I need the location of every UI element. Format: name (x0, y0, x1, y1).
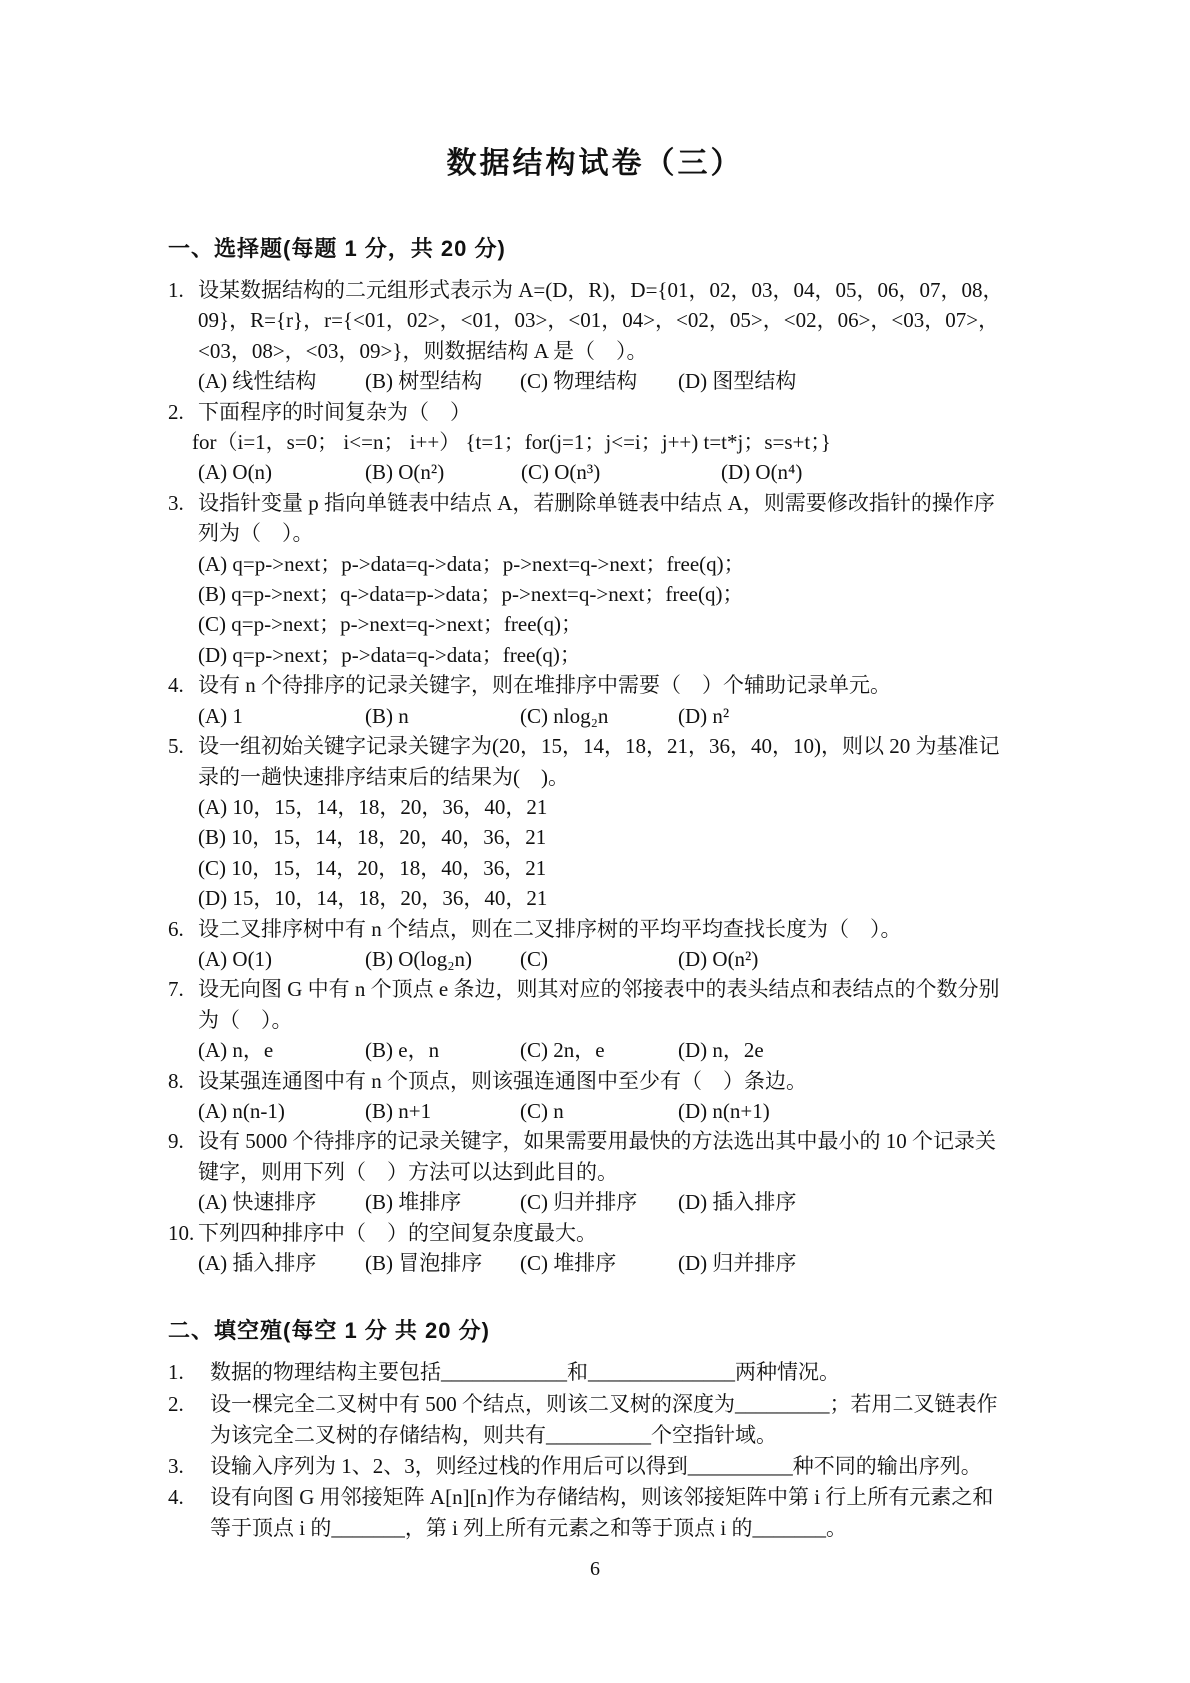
question-5-text: 设一组初始关键字记录关键字为(20，15，14，18，21，36，40，10)，… (198, 734, 999, 758)
question-2-code: for（i=1，s=0； i<=n； i++） {t=1；for(j=1；j<=… (192, 427, 1048, 457)
option-c: (C) (520, 944, 678, 974)
option-d: (D) 归并排序 (678, 1248, 796, 1278)
question-4-options: (A) 1 (B) n (C) nlog₂n (D) n² (198, 701, 1048, 731)
question-4-line-1: 4.设有 n 个待排序的记录关键字，则在堆排序中需要（ ）个辅助记录单元。 (168, 670, 1048, 700)
option-c: (C) O(n³) (521, 457, 721, 487)
option-a: (A) n，e (198, 1035, 365, 1065)
fill-item-4: 4.设有向图 G 用邻接矩阵 A[n][n]作为存储结构，则该邻接矩阵中第 i … (168, 1482, 1048, 1544)
fill-item-4-line-1: 4.设有向图 G 用邻接矩阵 A[n][n]作为存储结构，则该邻接矩阵中第 i … (168, 1482, 1048, 1513)
fill-item-2-text: 设一棵完全二叉树中有 500 个结点，则该二叉树的深度为_________；若用… (210, 1392, 998, 1416)
option-b: (B) O(n²) (365, 457, 521, 487)
page-number: 6 (0, 1558, 1190, 1581)
question-6-text: 设二叉排序树中有 n 个结点，则在二叉排序树的平均平均查找长度为（ ）。 (198, 917, 902, 941)
option-d: (D) n² (678, 701, 729, 731)
question-2-text: 下面程序的时间复杂为（ ） (198, 400, 471, 424)
question-2-options: (A) O(n) (B) O(n²) (C) O(n³) (D) O(n⁴) (198, 457, 1048, 487)
option-c: (C) n (520, 1096, 678, 1126)
option-b: (B) e，n (365, 1035, 520, 1065)
question-5-number: 5. (168, 731, 198, 761)
fill-item-1-number: 1. (168, 1357, 210, 1388)
question-4-text: 设有 n 个待排序的记录关键字，则在堆排序中需要（ ）个辅助记录单元。 (198, 673, 891, 697)
question-9-line-2: 键字，则用下列（ ）方法可以达到此目的。 (198, 1157, 1048, 1187)
option-b: (B) n (365, 701, 520, 731)
option-c: (C) 物理结构 (520, 366, 678, 396)
question-3-option-c: (C) q=p->next；p->next=q->next；free(q)； (198, 609, 1048, 639)
fill-item-3-number: 3. (168, 1451, 210, 1482)
fill-item-3-text: 设输入序列为 1、2、3，则经过栈的作用后可以得到__________种不同的输… (210, 1454, 982, 1478)
fill-item-3: 3.设输入序列为 1、2、3，则经过栈的作用后可以得到__________种不同… (168, 1451, 1048, 1482)
fill-item-1-text: 数据的物理结构主要包括____________和______________两种… (210, 1360, 840, 1384)
question-1-number: 1. (168, 275, 198, 305)
fill-item-4-number: 4. (168, 1482, 210, 1513)
fill-item-3-line-1: 3.设输入序列为 1、2、3，则经过栈的作用后可以得到__________种不同… (168, 1451, 1048, 1482)
question-7-line-2: 为（ ）。 (198, 1005, 1048, 1035)
question-10-number: 10. (168, 1218, 198, 1248)
section1-heading: 一、选择题(每题 1 分，共 20 分) (168, 232, 1048, 263)
question-9-line-1: 9.设有 5000 个待排序的记录关键字，如果需要用最快的方法选出其中最小的 1… (168, 1126, 1048, 1156)
question-10-line-1: 10.下列四种排序中（ ）的空间复杂度最大。 (168, 1218, 1048, 1248)
fill-item-2-number: 2. (168, 1389, 210, 1420)
fill-item-1: 1.数据的物理结构主要包括____________和______________… (168, 1357, 1048, 1388)
option-a: (A) 插入排序 (198, 1248, 365, 1278)
question-5-option-d: (D) 15，10，14，18，20，36，40，21 (198, 883, 1048, 913)
question-9: 9.设有 5000 个待排序的记录关键字，如果需要用最快的方法选出其中最小的 1… (168, 1126, 1048, 1217)
question-8-text: 设某强连通图中有 n 个顶点，则该强连通图中至少有（ ）条边。 (198, 1069, 807, 1093)
question-4-number: 4. (168, 670, 198, 700)
question-3-option-b: (B) q=p->next；q->data=p->data；p->next=q-… (198, 579, 1048, 609)
question-6: 6.设二叉排序树中有 n 个结点，则在二叉排序树的平均平均查找长度为（ ）。 (… (168, 914, 1048, 975)
question-2: 2.下面程序的时间复杂为（ ） for（i=1，s=0； i<=n； i++） … (168, 397, 1048, 488)
question-8-options: (A) n(n-1) (B) n+1 (C) n (D) n(n+1) (198, 1096, 1048, 1126)
fill-item-2-line-2: 为该完全二叉树的存储结构，则共有__________个空指针域。 (210, 1420, 1048, 1451)
question-9-text: 设有 5000 个待排序的记录关键字，如果需要用最快的方法选出其中最小的 10 … (198, 1129, 996, 1153)
option-b: (B) 堆排序 (365, 1187, 520, 1217)
question-1-line-3: <03，08>，<03，09>}，则数据结构 A 是（ ）。 (198, 336, 1048, 366)
option-d: (D) n(n+1) (678, 1096, 770, 1126)
question-1-line-2: 09}，R={r}，r={<01，02>，<01，03>，<01，04>，<02… (198, 305, 1048, 335)
question-3-option-a: (A) q=p->next；p->data=q->data；p->next=q-… (198, 549, 1048, 579)
exam-content: 一、选择题(每题 1 分，共 20 分) 1.设某数据结构的二元组形式表示为 A… (168, 232, 1048, 1545)
option-c: (C) 归并排序 (520, 1187, 678, 1217)
question-7: 7.设无向图 G 中有 n 个顶点 e 条边，则其对应的邻接表中的表头结点和表结… (168, 974, 1048, 1065)
question-1-line-1: 1.设某数据结构的二元组形式表示为 A=(D，R)，D={01，02，03，04… (168, 275, 1048, 305)
question-5: 5.设一组初始关键字记录关键字为(20，15，14，18，21，36，40，10… (168, 731, 1048, 913)
question-1: 1.设某数据结构的二元组形式表示为 A=(D，R)，D={01，02，03，04… (168, 275, 1048, 397)
section2-heading: 二、填空殖(每空 1 分 共 20 分) (168, 1314, 1048, 1345)
question-1-text: 设某数据结构的二元组形式表示为 A=(D，R)，D={01，02，03，04，0… (198, 278, 1004, 302)
fill-item-4-text: 设有向图 G 用邻接矩阵 A[n][n]作为存储结构，则该邻接矩阵中第 i 行上… (210, 1485, 993, 1509)
option-c: (C) nlog₂n (520, 701, 678, 731)
option-a: (A) 1 (198, 701, 365, 731)
option-b: (B) n+1 (365, 1096, 520, 1126)
question-10-options: (A) 插入排序 (B) 冒泡排序 (C) 堆排序 (D) 归并排序 (198, 1248, 1048, 1278)
question-7-line-1: 7.设无向图 G 中有 n 个顶点 e 条边，则其对应的邻接表中的表头结点和表结… (168, 974, 1048, 1004)
question-3: 3.设指针变量 p 指向单链表中结点 A，若删除单链表中结点 A，则需要修改指针… (168, 488, 1048, 670)
question-1-options: (A) 线性结构 (B) 树型结构 (C) 物理结构 (D) 图型结构 (198, 366, 1048, 396)
exam-page: 数据结构试卷（三） 一、选择题(每题 1 分，共 20 分) 1.设某数据结构的… (0, 0, 1190, 1683)
question-5-line-1: 5.设一组初始关键字记录关键字为(20，15，14，18，21，36，40，10… (168, 731, 1048, 761)
option-b: (B) O(log₂n) (365, 944, 520, 974)
question-5-line-2: 录的一趟快速排序结束后的结果为( )。 (198, 762, 1048, 792)
fill-item-2-line-1: 2.设一棵完全二叉树中有 500 个结点，则该二叉树的深度为_________；… (168, 1389, 1048, 1420)
option-c: (C) 2n，e (520, 1035, 678, 1065)
question-3-line-1: 3.设指针变量 p 指向单链表中结点 A，若删除单链表中结点 A，则需要修改指针… (168, 488, 1048, 518)
question-10-text: 下列四种排序中（ ）的空间复杂度最大。 (198, 1221, 597, 1245)
question-9-options: (A) 快速排序 (B) 堆排序 (C) 归并排序 (D) 插入排序 (198, 1187, 1048, 1217)
question-5-option-c: (C) 10，15，14，20，18，40，36，21 (198, 853, 1048, 883)
option-a: (A) 线性结构 (198, 366, 365, 396)
question-7-number: 7. (168, 974, 198, 1004)
question-3-option-d: (D) q=p->next；p->data=q->data；free(q)； (198, 640, 1048, 670)
question-3-text: 设指针变量 p 指向单链表中结点 A，若删除单链表中结点 A，则需要修改指针的操… (198, 491, 995, 515)
fill-item-4-line-2: 等于顶点 i 的_______，第 i 列上所有元素之和等于顶点 i 的____… (210, 1513, 1048, 1544)
option-a: (A) 快速排序 (198, 1187, 365, 1217)
fill-item-1-line-1: 1.数据的物理结构主要包括____________和______________… (168, 1357, 1048, 1388)
option-d: (D) n，2e (678, 1035, 764, 1065)
question-4: 4.设有 n 个待排序的记录关键字，则在堆排序中需要（ ）个辅助记录单元。 (A… (168, 670, 1048, 731)
option-b: (B) 冒泡排序 (365, 1248, 520, 1278)
question-10: 10.下列四种排序中（ ）的空间复杂度最大。 (A) 插入排序 (B) 冒泡排序… (168, 1218, 1048, 1279)
question-6-number: 6. (168, 914, 198, 944)
fill-item-2: 2.设一棵完全二叉树中有 500 个结点，则该二叉树的深度为_________；… (168, 1389, 1048, 1451)
question-5-option-b: (B) 10，15，14，18，20，40，36，21 (198, 822, 1048, 852)
question-3-line-2: 列为（ ）。 (198, 518, 1048, 548)
option-a: (A) O(1) (198, 944, 365, 974)
question-7-options: (A) n，e (B) e，n (C) 2n，e (D) n，2e (198, 1035, 1048, 1065)
question-6-line-1: 6.设二叉排序树中有 n 个结点，则在二叉排序树的平均平均查找长度为（ ）。 (168, 914, 1048, 944)
question-9-number: 9. (168, 1126, 198, 1156)
question-5-option-a: (A) 10，15，14，18，20，36，40，21 (198, 792, 1048, 822)
page-title: 数据结构试卷（三） (0, 138, 1190, 182)
option-c: (C) 堆排序 (520, 1248, 678, 1278)
question-8-line-1: 8.设某强连通图中有 n 个顶点，则该强连通图中至少有（ ）条边。 (168, 1066, 1048, 1096)
option-b: (B) 树型结构 (365, 366, 520, 396)
option-d: (D) O(n²) (678, 944, 758, 974)
question-2-line-1: 2.下面程序的时间复杂为（ ） (168, 397, 1048, 427)
option-d: (D) 图型结构 (678, 366, 796, 396)
question-8: 8.设某强连通图中有 n 个顶点，则该强连通图中至少有（ ）条边。 (A) n(… (168, 1066, 1048, 1127)
option-d: (D) O(n⁴) (721, 457, 802, 487)
question-2-number: 2. (168, 397, 198, 427)
option-a: (A) O(n) (198, 457, 365, 487)
fill-in-section: 1.数据的物理结构主要包括____________和______________… (168, 1357, 1048, 1544)
question-7-text: 设无向图 G 中有 n 个顶点 e 条边，则其对应的邻接表中的表头结点和表结点的… (198, 977, 999, 1001)
option-d: (D) 插入排序 (678, 1187, 796, 1217)
question-6-options: (A) O(1) (B) O(log₂n) (C) (D) O(n²) (198, 944, 1048, 974)
option-a: (A) n(n-1) (198, 1096, 365, 1126)
question-8-number: 8. (168, 1066, 198, 1096)
question-3-number: 3. (168, 488, 198, 518)
